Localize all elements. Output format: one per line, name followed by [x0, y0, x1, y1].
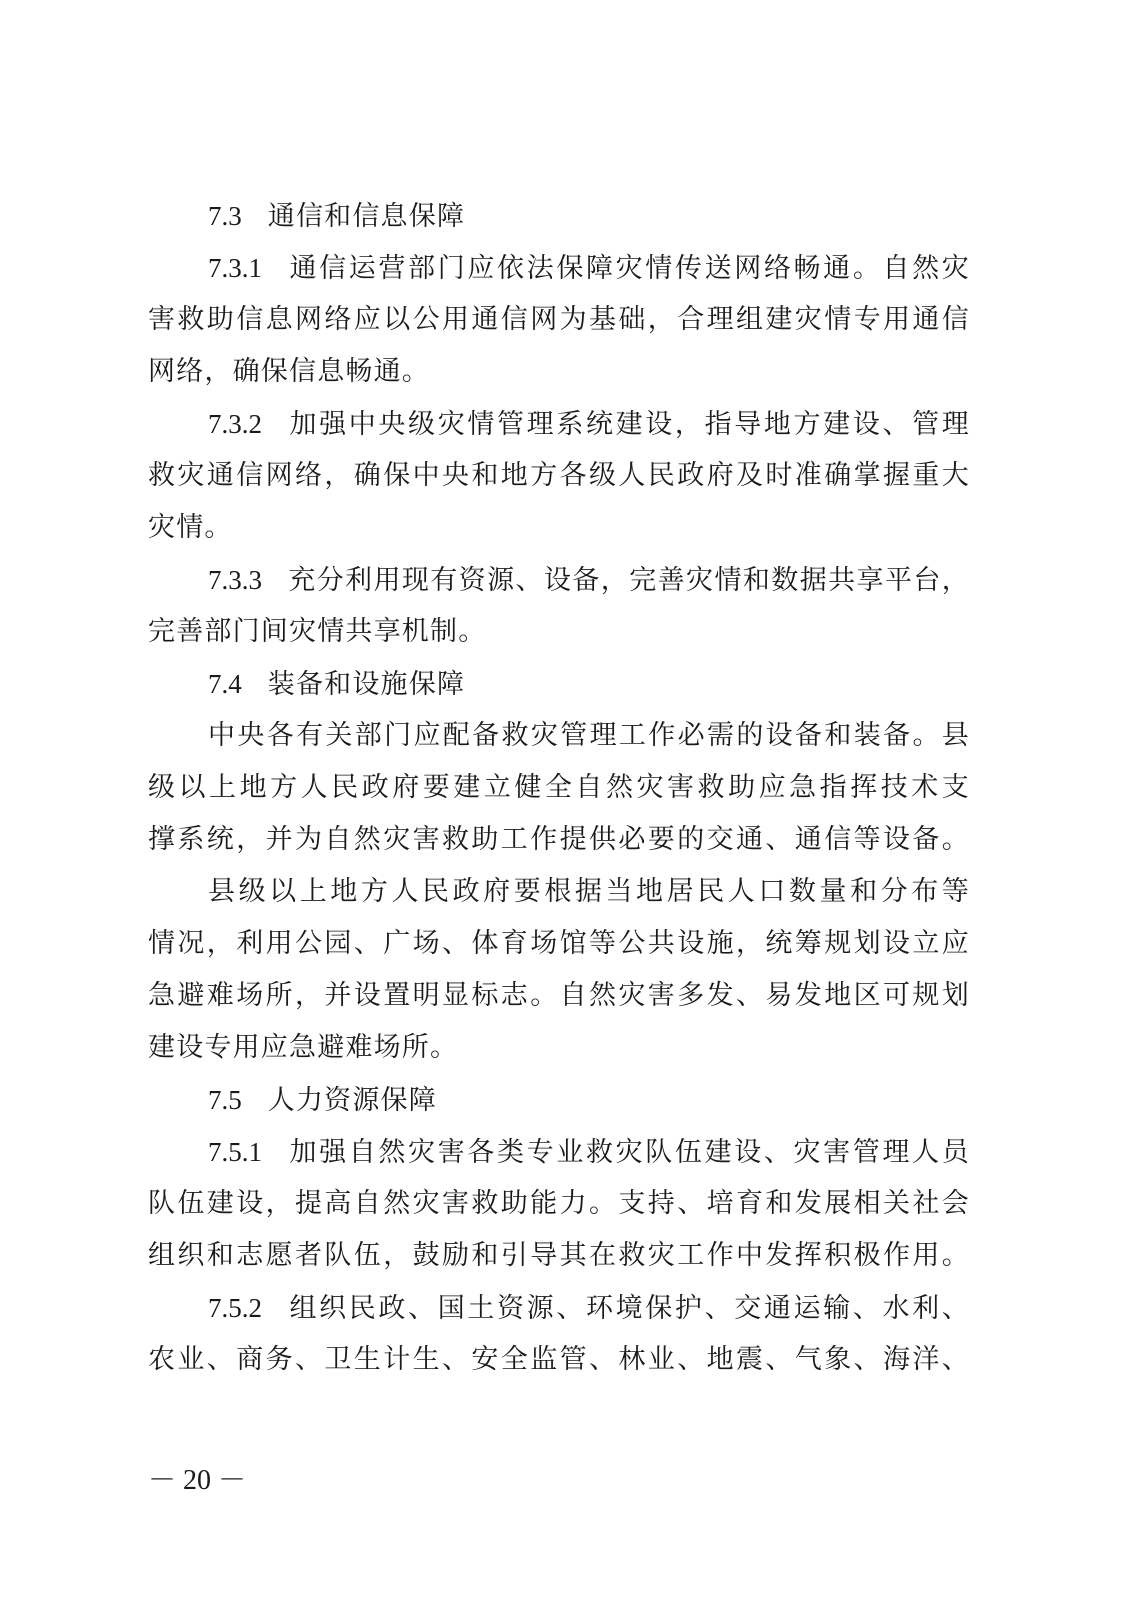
- section-title: 人力资源保障: [268, 1085, 437, 1116]
- paragraph-line: 救灾通信网络，确保中央和地方各级人民政府及时准确掌握重大: [148, 450, 970, 502]
- paragraph-line: 县级以上地方人民政府要根据当地居民人口数量和分布等: [208, 866, 970, 918]
- section-number: 7.5: [208, 1085, 242, 1115]
- paragraph-line: 7.3.3充分利用现有资源、设备，完善灾情和数据共享平台，: [208, 554, 970, 606]
- clause-number: 7.3.2: [208, 409, 262, 439]
- section-number: 7.3: [208, 201, 242, 231]
- paragraph-text: 通信运营部门应依法保障灾情传送网络畅通。自然灾: [288, 253, 970, 284]
- paragraph-line: 队伍建设，提高自然灾害救助能力。支持、培育和发展相关社会: [148, 1178, 970, 1230]
- paragraph-line: 中央各有关部门应配备救灾管理工作必需的设备和装备。县: [208, 710, 970, 762]
- section-heading-7-3: 7.3通信和信息保障: [208, 190, 970, 242]
- paragraph-line: 农业、商务、卫生计生、安全监管、林业、地震、气象、海洋、: [148, 1334, 970, 1386]
- paragraph-line: 撑系统，并为自然灾害救助工作提供必要的交通、通信等设备。: [148, 814, 970, 866]
- clause-number: 7.5.2: [208, 1293, 262, 1323]
- section-heading-7-5: 7.5人力资源保障: [208, 1074, 970, 1126]
- clause-number: 7.3.3: [208, 565, 262, 595]
- section-title: 通信和信息保障: [268, 201, 465, 232]
- paragraph-text: 充分利用现有资源、设备，完善灾情和数据共享平台，: [288, 565, 970, 596]
- paragraph-line: 组织和志愿者队伍，鼓励和引导其在救灾工作中发挥积极作用。: [148, 1230, 970, 1282]
- paragraph-line: 级以上地方人民政府要建立健全自然灾害救助应急指挥技术支: [148, 762, 970, 814]
- paragraph-line: 7.3.2加强中央级灾情管理系统建设，指导地方建设、管理: [208, 398, 970, 450]
- clause-number: 7.5.1: [208, 1137, 262, 1167]
- paragraph-line: 急避难场所，并设置明显标志。自然灾害多发、易发地区可规划: [148, 970, 970, 1022]
- paragraph-line: 建设专用应急避难场所。: [148, 1022, 970, 1074]
- paragraph-line: 害救助信息网络应以公用通信网为基础，合理组建灾情专用通信: [148, 294, 970, 346]
- section-number: 7.4: [208, 669, 242, 699]
- paragraph-line: 网络，确保信息畅通。: [148, 346, 970, 398]
- section-title: 装备和设施保障: [268, 669, 465, 700]
- paragraph-line: 情况，利用公园、广场、体育场馆等公共设施，统筹规划设立应: [148, 918, 970, 970]
- paragraph-text: 组织民政、国土资源、环境保护、交通运输、水利、: [288, 1293, 970, 1324]
- section-heading-7-4: 7.4装备和设施保障: [208, 658, 970, 710]
- paragraph-line: 7.5.1加强自然灾害各类专业救灾队伍建设、灾害管理人员: [208, 1126, 970, 1178]
- paragraph-line: 7.3.1通信运营部门应依法保障灾情传送网络畅通。自然灾: [208, 242, 970, 294]
- paragraph-text: 加强自然灾害各类专业救灾队伍建设、灾害管理人员: [288, 1137, 970, 1168]
- paragraph-line: 完善部门间灾情共享机制。: [148, 606, 970, 658]
- paragraph-line: 灾情。: [148, 502, 970, 554]
- paragraph-line: 7.5.2组织民政、国土资源、环境保护、交通运输、水利、: [208, 1282, 970, 1334]
- clause-number: 7.3.1: [208, 253, 262, 283]
- page-number: － 20 －: [148, 1458, 246, 1498]
- paragraph-text: 加强中央级灾情管理系统建设，指导地方建设、管理: [288, 409, 970, 440]
